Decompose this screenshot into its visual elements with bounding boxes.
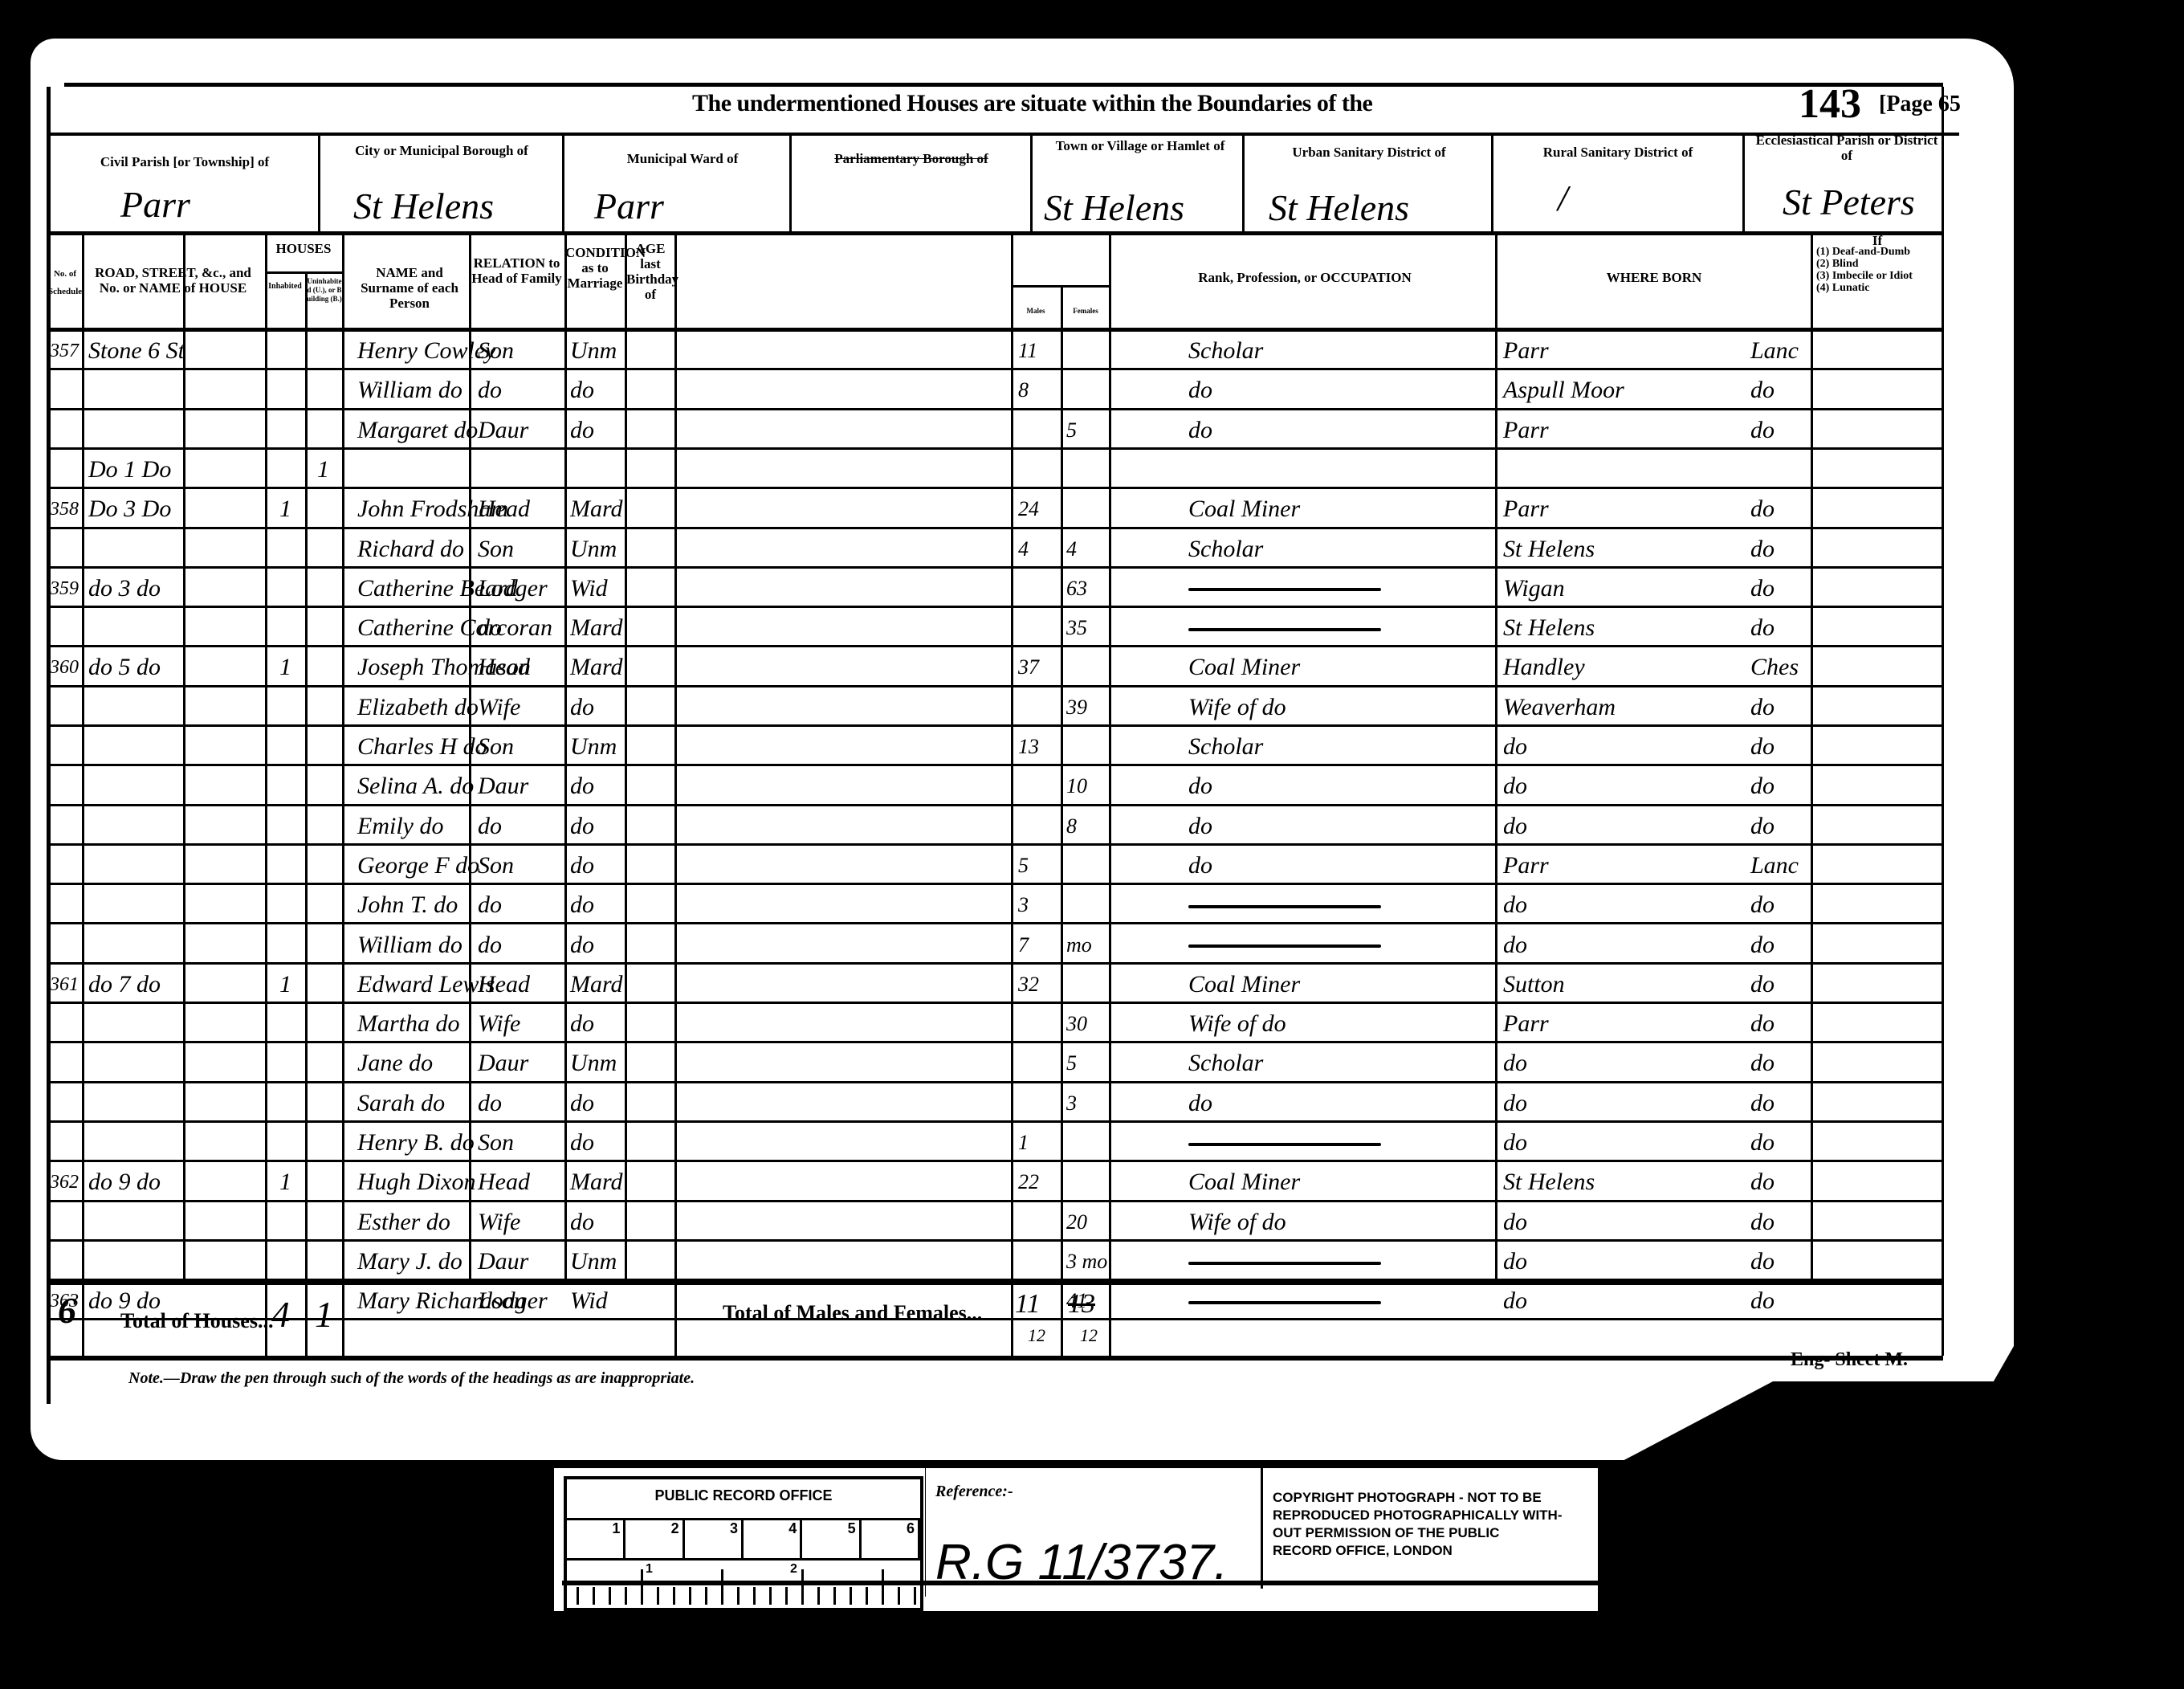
county-cell: do (1750, 1167, 1774, 1197)
label-underline (562, 1581, 1606, 1585)
born-cell: Sutton (1503, 969, 1565, 1000)
occupation-cell: Coal Miner (1188, 494, 1300, 524)
scale-number: 1 (646, 1562, 653, 1577)
occupation-cell: do (1188, 375, 1212, 406)
name-cell: Emily do (357, 811, 443, 842)
scale-tick (898, 1587, 900, 1605)
row-rule (48, 804, 1943, 806)
label-rural-sanitary: Rural Sanitary District of (1501, 145, 1734, 160)
female-age-cell: 30 (1066, 1009, 1087, 1039)
schedule-cell: 360 (50, 652, 79, 683)
col-line (342, 235, 344, 1359)
relation-cell: Lodger (478, 1286, 548, 1316)
value-urban-sanitary: St Helens (1269, 186, 1409, 229)
col-males: Males (1012, 304, 1060, 319)
schedule-cell: 361 (50, 969, 79, 1000)
condition-cell: Unm (570, 336, 617, 366)
scale-tick (753, 1587, 756, 1605)
name-cell: Catherine Corcoran (357, 613, 552, 643)
condition-cell: do (570, 1009, 594, 1039)
label-ecclesiastical: Ecclesiastical Parish or District of (1750, 133, 1943, 163)
born-cell: do (1503, 890, 1527, 920)
male-age-cell: 13 (1018, 732, 1039, 762)
female-age-cell: 35 (1066, 613, 1087, 643)
female-age-cell: 3 mo (1066, 1246, 1107, 1277)
female-age-cell: 10 (1066, 771, 1087, 802)
scale-number: 2 (790, 1562, 797, 1577)
county-cell: do (1750, 415, 1774, 446)
male-age-cell: 11 (1018, 336, 1037, 366)
county-cell: do (1750, 771, 1774, 802)
col-infirmity-2: (2) Blind (1816, 258, 1859, 270)
road-cell: Do 1 Do (88, 455, 171, 485)
col-line (82, 235, 84, 1359)
label-urban-sanitary: Urban Sanitary District of (1249, 145, 1489, 160)
male-age-cell: 8 (1018, 375, 1029, 406)
county-cell: do (1750, 692, 1774, 723)
county-cell: do (1750, 1048, 1774, 1079)
condition-cell: do (570, 811, 594, 842)
male-age-cell: 4 (1018, 534, 1029, 565)
condition-cell: Mard (570, 494, 623, 524)
col-uninhabited: Uninhabited (U.), or Building (B.) (307, 277, 342, 304)
born-cell: Wigan (1503, 573, 1565, 604)
scale-tick (817, 1587, 820, 1605)
schedule-cell: 358 (50, 494, 79, 524)
scale-number: 3 (685, 1520, 744, 1558)
condition-cell: do (570, 375, 594, 406)
row-rule (48, 1081, 1943, 1083)
name-cell: Margaret do (357, 415, 478, 446)
relation-cell: Son (478, 336, 514, 366)
condition-cell: do (570, 1207, 594, 1238)
col-line (1011, 235, 1013, 1359)
col-infirmity-3: (3) Imbecile or Idiot (1816, 270, 1913, 282)
row-rule (48, 1239, 1943, 1242)
blank-dash (1188, 944, 1381, 948)
born-cell: St Helens (1503, 613, 1595, 643)
relation-cell: Son (478, 851, 514, 881)
uninhabited-cell: 1 (317, 455, 329, 485)
bnd-divider (1030, 135, 1033, 231)
row-rule (48, 922, 1943, 924)
rule-title-bottom (48, 133, 1959, 136)
scale-tick (769, 1587, 772, 1605)
female-age-cell: 3 (1066, 1088, 1077, 1119)
blank-dash (1188, 905, 1381, 908)
condition-cell: do (570, 1088, 594, 1119)
scale-tick (866, 1587, 868, 1605)
born-cell: St Helens (1503, 534, 1595, 565)
condition-cell: Mard (570, 652, 623, 683)
row-rule (48, 1041, 1943, 1043)
condition-cell: Wid (570, 1286, 608, 1316)
scale-number: 1 (567, 1520, 625, 1558)
name-cell: Mary J. do (357, 1246, 462, 1277)
male-age-cell: 1 (1018, 1128, 1029, 1158)
relation-cell: Son (478, 1128, 514, 1158)
born-cell: Weaverham (1503, 692, 1616, 723)
scale-number: 5 (802, 1520, 861, 1558)
scale-tick (577, 1587, 579, 1605)
relation-cell: Head (478, 652, 530, 683)
county-cell: do (1750, 1088, 1774, 1119)
scale-tick (609, 1587, 611, 1605)
relation-cell: Head (478, 1167, 530, 1197)
col-occupation: Rank, Profession, or OCCUPATION (1116, 270, 1493, 285)
name-cell: Esther do (357, 1207, 450, 1238)
county-cell: do (1750, 613, 1774, 643)
scale-tick (673, 1587, 675, 1605)
bnd-divider (1491, 135, 1493, 231)
county-cell: do (1750, 930, 1774, 961)
occupation-cell: Scholar (1188, 732, 1263, 762)
total-uninhabited: 1 (315, 1293, 333, 1336)
born-cell: Aspull Moor (1503, 375, 1624, 406)
name-cell: Richard do (357, 534, 464, 565)
scale-tick (657, 1587, 659, 1605)
county-cell: do (1750, 811, 1774, 842)
condition-cell: Unm (570, 534, 617, 565)
schedule-cell: 362 (50, 1167, 79, 1197)
folio-number: 143 (1799, 80, 1861, 128)
bnd-divider (562, 135, 564, 231)
page-title: The undermentioned Houses are situate wi… (692, 90, 1372, 117)
row-rule (48, 645, 1943, 647)
rule-totals-top (48, 1281, 1943, 1285)
occupation-cell: Wife of do (1188, 692, 1286, 723)
scale-tick (914, 1587, 916, 1605)
road-cell: do 7 do (88, 969, 161, 1000)
relation-cell: Wife (478, 692, 520, 723)
col-infirmity-1: (1) Deaf-and-Dumb (1816, 246, 1910, 258)
county-cell: Lanc (1750, 851, 1799, 881)
condition-cell: Unm (570, 1048, 617, 1079)
total-females: 13 (1068, 1289, 1095, 1320)
label-town-village: Town or Village or Hamlet of (1044, 138, 1237, 153)
bnd-divider (1242, 135, 1245, 231)
ruler-box: PUBLIC RECORD OFFICE 123456 12 (564, 1476, 923, 1611)
row-rule (48, 764, 1943, 766)
county-cell: do (1750, 1246, 1774, 1277)
road-cell: do 3 do (88, 573, 161, 604)
occupation-cell: do (1188, 851, 1212, 881)
name-cell: Henry B. do (357, 1128, 475, 1158)
row-rule (48, 685, 1943, 687)
name-cell: Henry Cowley (357, 336, 495, 366)
reference-label: Reference:- (935, 1483, 1013, 1501)
row-rule (48, 487, 1943, 489)
label-parliamentary-borough: Parliamentary Borough of (795, 151, 1028, 166)
occupation-cell: Scholar (1188, 336, 1263, 366)
name-cell: Charles H do (357, 732, 487, 762)
name-cell: Elizabeth do (357, 692, 479, 723)
male-age-cell: 5 (1018, 851, 1029, 881)
male-age-cell: 7 (1018, 930, 1029, 961)
scale-tick (850, 1587, 852, 1605)
scale-number: 4 (744, 1520, 802, 1558)
inhabited-cell: 1 (279, 969, 291, 1000)
female-age-cell: 39 (1066, 692, 1087, 723)
condition-cell: do (570, 1128, 594, 1158)
copyright-notice: COPYRIGHT PHOTOGRAPH - NOT TO BEREPRODUC… (1273, 1489, 1563, 1560)
label-municipal-borough: City or Municipal Borough of (329, 143, 554, 158)
col-females: Females (1061, 304, 1110, 319)
county-cell: do (1750, 890, 1774, 920)
female-age-cell: 8 (1066, 811, 1077, 842)
occupation-cell: do (1188, 771, 1212, 802)
col-inhabited: Inhabited (265, 281, 305, 292)
occupation-cell: Coal Miner (1188, 1167, 1300, 1197)
row-rule (48, 843, 1943, 846)
rule-colheader-bottom (48, 328, 1943, 332)
relation-cell: do (478, 930, 502, 961)
occupation-cell: do (1188, 811, 1212, 842)
condition-cell: Mard (570, 969, 623, 1000)
col-line (305, 273, 308, 1359)
col-name: NAME and Surname of each Person (353, 265, 466, 311)
condition-cell: do (570, 692, 594, 723)
county-cell: do (1750, 1286, 1774, 1316)
born-cell: do (1503, 1088, 1527, 1119)
name-cell: Edward Lewis (357, 969, 495, 1000)
male-age-cell: 3 (1018, 890, 1029, 920)
name-cell: Jane do (357, 1048, 433, 1079)
frame-right (1942, 87, 1944, 1356)
scale-tick (882, 1569, 884, 1605)
condition-cell: Mard (570, 1167, 623, 1197)
scale-tick (625, 1587, 627, 1605)
relation-cell: do (478, 613, 502, 643)
relation-cell: do (478, 811, 502, 842)
name-cell: William do (357, 930, 462, 961)
page-number: [Page 65 (1879, 92, 1961, 117)
scale-tick (737, 1587, 740, 1605)
born-cell: Parr (1503, 415, 1549, 446)
copyright-line: OUT PERMISSION OF THE PUBLIC (1273, 1524, 1563, 1542)
row-rule (48, 1120, 1943, 1123)
relation-cell: do (478, 1088, 502, 1119)
relation-cell: do (478, 375, 502, 406)
row-rule (48, 566, 1943, 569)
born-cell: do (1503, 1048, 1527, 1079)
condition-cell: do (570, 851, 594, 881)
bnd-divider (318, 135, 320, 231)
blank-dash (1188, 1143, 1381, 1146)
row-rule (48, 408, 1943, 410)
relation-cell: Head (478, 969, 530, 1000)
copyright-line: COPYRIGHT PHOTOGRAPH - NOT TO BE (1273, 1489, 1563, 1507)
born-cell: do (1503, 1128, 1527, 1158)
rule-age-sub (1011, 285, 1109, 288)
scale-tick (689, 1587, 691, 1605)
scale-tick (705, 1587, 707, 1605)
value-civil-parish: Parr (120, 183, 190, 226)
scale-tick (721, 1569, 723, 1605)
col-age: AGE last Birthday of (626, 241, 674, 302)
relation-cell: Wife (478, 1009, 520, 1039)
row-rule (48, 606, 1943, 608)
county-cell: do (1750, 494, 1774, 524)
row-rule (48, 527, 1943, 529)
total-persons-label: Total of Males and Females... (723, 1301, 982, 1325)
county-cell: Lanc (1750, 336, 1799, 366)
office-name: PUBLIC RECORD OFFICE (567, 1487, 920, 1504)
inhabited-cell: 1 (279, 652, 291, 683)
born-cell: do (1503, 1207, 1527, 1238)
row-rule (48, 724, 1943, 727)
born-cell: do (1503, 1246, 1527, 1277)
bnd-divider (789, 135, 792, 231)
col-condition: CONDITION as to Marriage (565, 245, 625, 291)
scale-tick (641, 1569, 643, 1605)
county-cell: do (1750, 969, 1774, 1000)
relation-cell: Daur (478, 415, 528, 446)
scale-tick (833, 1587, 836, 1605)
condition-cell: do (570, 890, 594, 920)
row-rule (48, 883, 1943, 885)
born-cell: Parr (1503, 851, 1549, 881)
total-females-corrected: 12 (1080, 1325, 1098, 1346)
scale-number: 6 (862, 1520, 920, 1558)
female-age-cell: mo (1066, 930, 1092, 961)
county-cell: do (1750, 732, 1774, 762)
total-schedules: 6 (58, 1289, 76, 1332)
born-cell: Parr (1503, 1009, 1549, 1039)
scale-number: 2 (625, 1520, 684, 1558)
relation-cell: do (478, 890, 502, 920)
archive-label: PUBLIC RECORD OFFICE 123456 12 Reference… (554, 1468, 1598, 1611)
col-schedule: No. of Schedule (48, 265, 82, 300)
col-where-born: WHERE BORN (1501, 270, 1807, 285)
schedule-cell: 359 (50, 573, 79, 604)
relation-cell: Lodger (478, 573, 548, 604)
name-cell: Selina A. do (357, 771, 474, 802)
value-rural-sanitary: / (1558, 177, 1568, 219)
condition-cell: Wid (570, 573, 608, 604)
col-line (1061, 285, 1063, 1359)
relation-cell: Daur (478, 771, 528, 802)
relation-cell: Wife (478, 1207, 520, 1238)
road-cell: do 5 do (88, 652, 161, 683)
row-rule (48, 1002, 1943, 1004)
rule-houses-sub (265, 271, 342, 274)
schedule-cell: 357 (50, 336, 79, 366)
row-rule (48, 447, 1943, 450)
col-infirmity-4: (4) Lunatic (1816, 282, 1870, 294)
value-town-village: St Helens (1044, 186, 1184, 229)
col-line (265, 235, 267, 1359)
name-cell: William do (357, 375, 462, 406)
born-cell: Parr (1503, 336, 1549, 366)
male-age-cell: 22 (1018, 1167, 1039, 1197)
total-males: 11 (1015, 1289, 1040, 1320)
road-cell: Stone 6 St (88, 336, 185, 366)
road-cell: do 9 do (88, 1167, 161, 1197)
scale-tick (593, 1587, 595, 1605)
occupation-cell: do (1188, 415, 1212, 446)
col-line (674, 235, 677, 1359)
female-age-cell: 5 (1066, 415, 1077, 446)
scale-tick (785, 1587, 788, 1605)
male-age-cell: 32 (1018, 969, 1039, 1000)
occupation-cell: Scholar (1188, 534, 1263, 565)
sheet-mark: Eng- Sheet M. (1791, 1349, 1908, 1371)
relation-cell: Son (478, 732, 514, 762)
name-cell: Hugh Dixon (357, 1167, 475, 1197)
county-cell: Ches (1750, 652, 1799, 683)
condition-cell: Unm (570, 732, 617, 762)
occupation-cell: Coal Miner (1188, 969, 1300, 1000)
relation-cell: Head (478, 494, 530, 524)
occupation-cell: Scholar (1188, 1048, 1263, 1079)
copyright-line: RECORD OFFICE, LONDON (1273, 1542, 1563, 1560)
blank-dash (1188, 1301, 1381, 1304)
heading-note: Note.—Draw the pen through such of the w… (128, 1369, 695, 1388)
col-line (1109, 235, 1111, 1359)
scale-tick (801, 1569, 804, 1605)
condition-cell: Unm (570, 1246, 617, 1277)
female-age-cell: 4 (1066, 534, 1077, 565)
rule-totals-bottom (48, 1356, 1943, 1361)
born-cell: do (1503, 732, 1527, 762)
label-divider (925, 1468, 926, 1597)
rule-boundaries-bottom (48, 231, 1943, 235)
condition-cell: do (570, 930, 594, 961)
born-cell: Handley (1503, 652, 1585, 683)
born-cell: do (1503, 811, 1527, 842)
born-cell: do (1503, 1286, 1527, 1316)
relation-cell: Son (478, 534, 514, 565)
occupation-cell: Wife of do (1188, 1207, 1286, 1238)
name-cell: Sarah do (357, 1088, 445, 1119)
rule-top (64, 83, 1943, 87)
blank-dash (1188, 588, 1381, 591)
county-cell: do (1750, 1128, 1774, 1158)
county-cell: do (1750, 1207, 1774, 1238)
inhabited-cell: 1 (279, 494, 291, 524)
name-cell: George F do (357, 851, 479, 881)
col-houses: HOUSES (265, 241, 342, 256)
name-cell: John T. do (357, 890, 458, 920)
occupation-cell: Coal Miner (1188, 652, 1300, 683)
value-municipal-borough: St Helens (353, 185, 494, 227)
name-cell: Martha do (357, 1009, 460, 1039)
total-males-corrected: 12 (1028, 1325, 1045, 1346)
col-relation: RELATION to Head of Family (471, 255, 563, 286)
blank-dash (1188, 1262, 1381, 1265)
male-age-cell: 24 (1018, 494, 1039, 524)
county-cell: do (1750, 1009, 1774, 1039)
col-road: ROAD, STREET, &c., and No. or NAME of HO… (87, 265, 259, 296)
inhabited-cell: 1 (279, 1167, 291, 1197)
total-inhabited: 4 (271, 1293, 290, 1336)
blank-dash (1188, 628, 1381, 631)
relation-cell: Daur (478, 1048, 528, 1079)
county-cell: do (1750, 375, 1774, 406)
born-cell: do (1503, 930, 1527, 961)
occupation-cell: Wife of do (1188, 1009, 1286, 1039)
row-rule (48, 1200, 1943, 1202)
row-rule (48, 368, 1943, 370)
female-age-cell: 20 (1066, 1207, 1087, 1238)
row-rule (48, 1160, 1943, 1162)
value-municipal-ward: Parr (594, 185, 664, 227)
female-age-cell: 63 (1066, 573, 1087, 604)
male-age-cell: 37 (1018, 652, 1039, 683)
female-age-cell: 5 (1066, 1048, 1077, 1079)
total-houses-label: Total of Houses... (120, 1309, 273, 1333)
